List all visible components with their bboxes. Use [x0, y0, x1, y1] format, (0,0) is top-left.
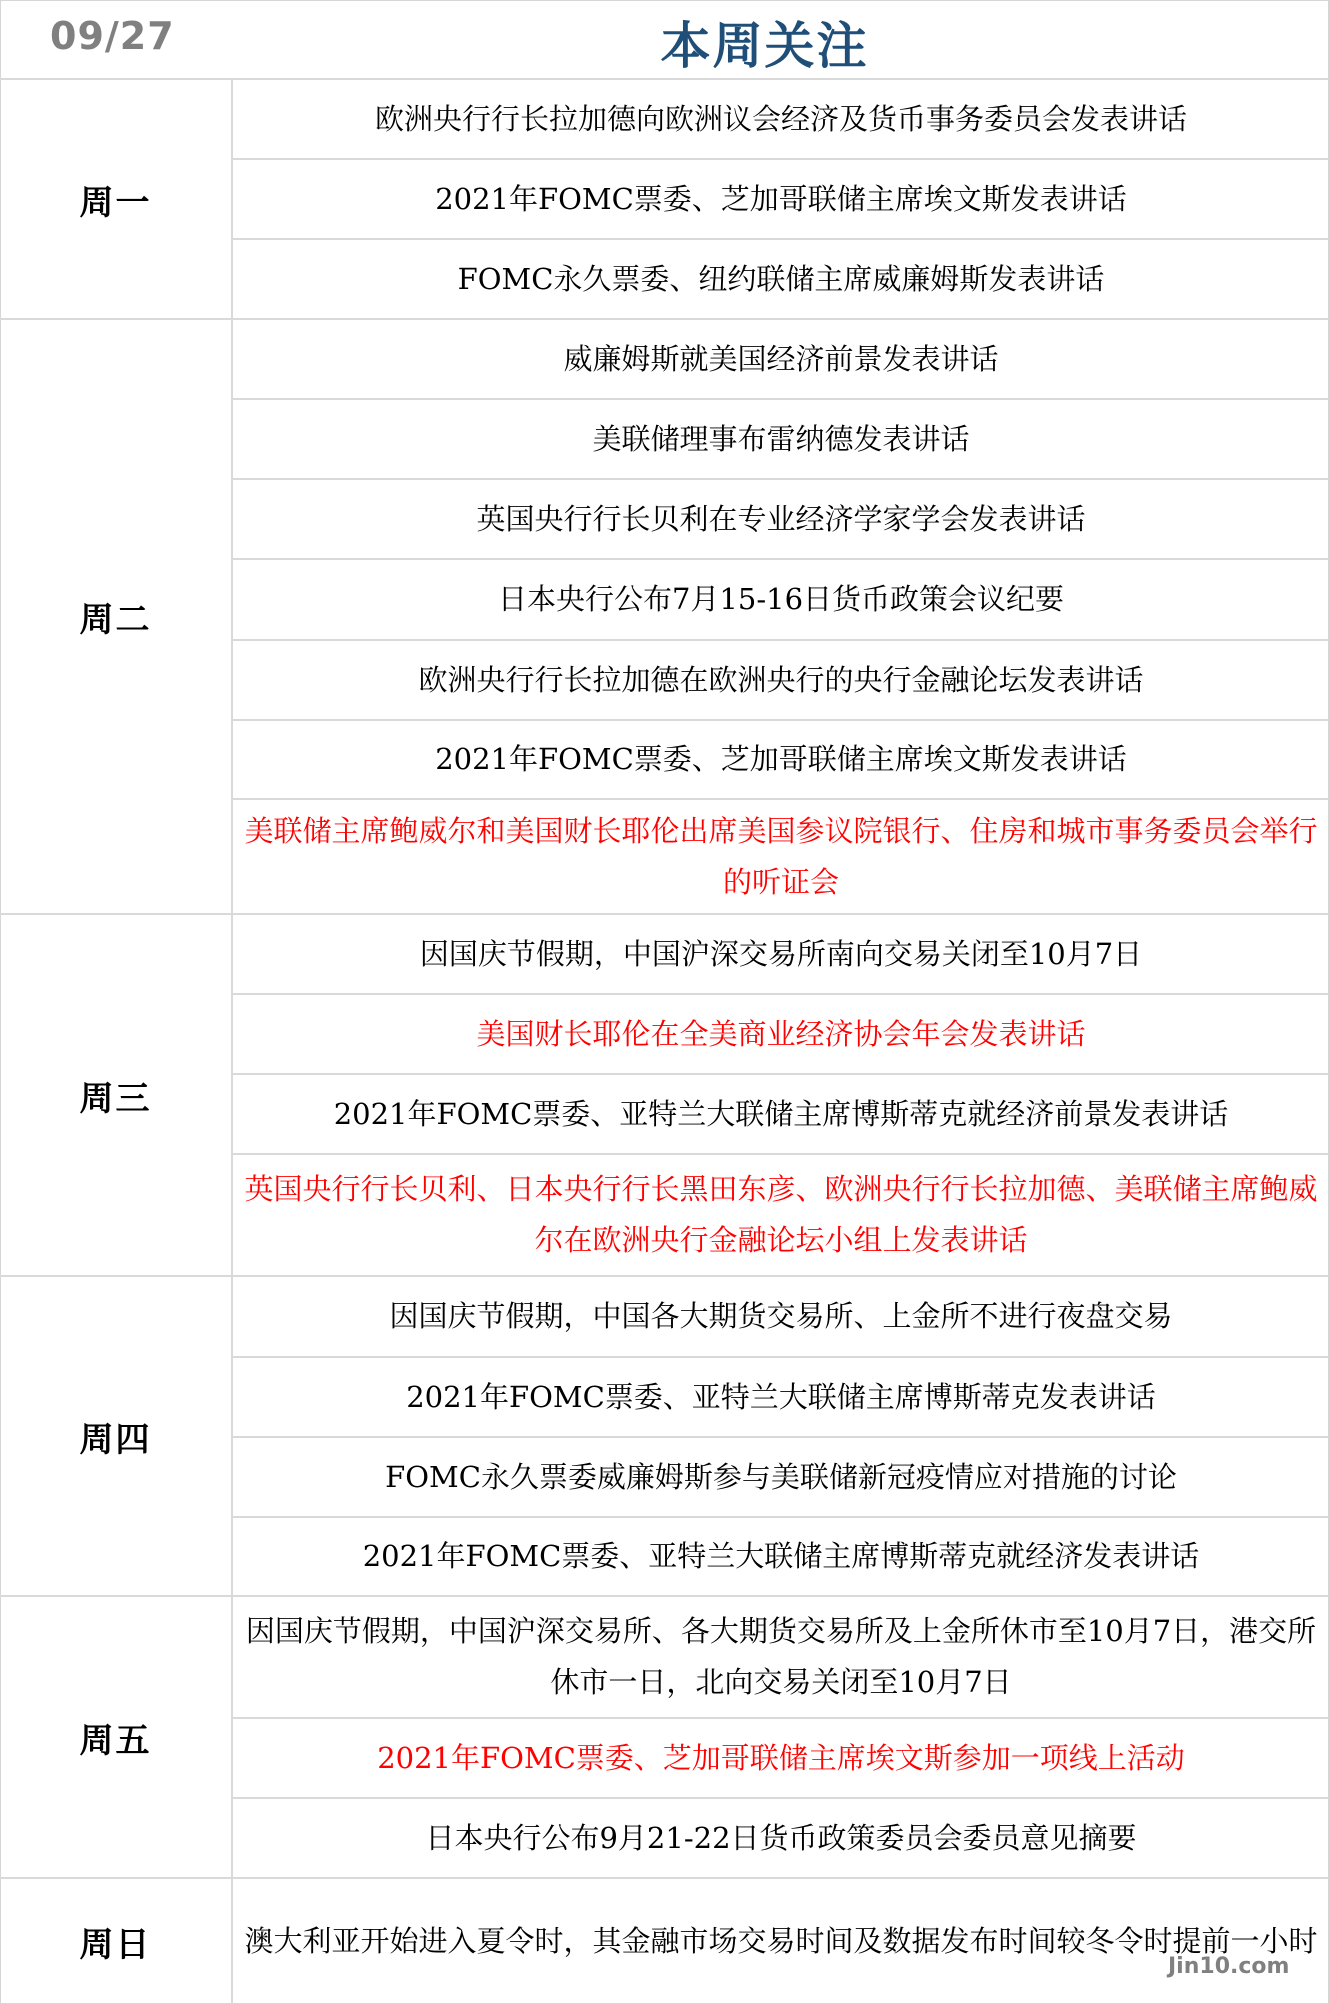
event-row: 2021年FOMC票委、芝加哥联储主席埃文斯发表讲话 [233, 160, 1329, 240]
event-text: 澳大利亚开始进入夏令时，其金融市场交易时间及数据发布时间较冬令时提前一小时 [244, 1916, 1317, 1967]
event-row-highlight: 2021年FOMC票委、芝加哥联储主席埃文斯参加一项线上活动 [233, 1719, 1329, 1799]
event-text-highlight: 美联储主席鲍威尔和美国财长耶伦出席美国参议院银行、住房和城市事务委员会举行的听证… [239, 806, 1323, 908]
event-text: 欧洲央行行长拉加德在欧洲央行的央行金融论坛发表讲话 [418, 655, 1143, 706]
event-row: 2021年FOMC票委、亚特兰大联储主席博斯蒂克就经济前景发表讲话 [233, 1075, 1329, 1155]
day-label: 周一 [80, 175, 152, 224]
event-text: 因国庆节假期，中国沪深交易所、各大期货交易所及上金所休市至10月7日，港交所休市… [239, 1606, 1323, 1708]
event-text: 2021年FOMC票委、亚特兰大联储主席博斯蒂克就经济前景发表讲话 [334, 1089, 1229, 1140]
event-text: 因国庆节假期，中国各大期货交易所、上金所不进行夜盘交易 [389, 1291, 1172, 1342]
event-row-highlight: 英国央行行长贝利、日本央行行长黑田东彦、欧洲央行行长拉加德、美联储主席鲍威尔在欧… [233, 1155, 1329, 1277]
day-cell-monday: 周一 [0, 80, 233, 320]
event-text-highlight: 英国央行行长贝利、日本央行行长黑田东彦、欧洲央行行长拉加德、美联储主席鲍威尔在欧… [239, 1164, 1323, 1266]
event-text-highlight: 美国财长耶伦在全美商业经济协会年会发表讲话 [476, 1009, 1085, 1060]
day-label: 周五 [80, 1713, 152, 1762]
event-row: 因国庆节假期，中国沪深交易所、各大期货交易所及上金所休市至10月7日，港交所休市… [233, 1597, 1329, 1719]
event-row: 因国庆节假期，中国各大期货交易所、上金所不进行夜盘交易 [233, 1277, 1329, 1358]
event-text: 2021年FOMC票委、芝加哥联储主席埃文斯发表讲话 [435, 734, 1127, 785]
event-text: 2021年FOMC票委、亚特兰大联储主席博斯蒂克就经济发表讲话 [363, 1531, 1200, 1582]
event-text: FOMC永久票委、纽约联储主席威廉姆斯发表讲话 [458, 254, 1105, 305]
event-text: FOMC永久票委威廉姆斯参与美联储新冠疫情应对措施的讨论 [385, 1452, 1177, 1503]
event-text: 英国央行行长贝利在专业经济学家学会发表讲话 [476, 494, 1085, 545]
event-text: 2021年FOMC票委、芝加哥联储主席埃文斯发表讲话 [435, 174, 1127, 225]
event-row: 美联储理事布雷纳德发表讲话 [233, 400, 1329, 480]
day-label: 周二 [80, 592, 152, 641]
event-text-highlight: 2021年FOMC票委、芝加哥联储主席埃文斯参加一项线上活动 [377, 1733, 1185, 1784]
event-text: 美联储理事布雷纳德发表讲话 [592, 414, 969, 465]
event-row: 欧洲央行行长拉加德向欧洲议会经济及货币事务委员会发表讲话 [233, 80, 1329, 160]
day-label: 周日 [80, 1917, 152, 1966]
event-row: 2021年FOMC票委、芝加哥联储主席埃文斯发表讲话 [233, 721, 1329, 800]
event-row-highlight: 美国财长耶伦在全美商业经济协会年会发表讲话 [233, 995, 1329, 1075]
event-text: 日本央行公布9月21-22日货币政策委员会委员意见摘要 [425, 1813, 1136, 1864]
event-text: 威廉姆斯就美国经济前景发表讲话 [563, 334, 998, 385]
watermark-logo: Jin10.com [1168, 1954, 1289, 1979]
event-row: 日本央行公布9月21-22日货币政策委员会委员意见摘要 [233, 1799, 1329, 1879]
event-row: 日本央行公布7月15-16日货币政策会议纪要 [233, 560, 1329, 641]
event-row: 因国庆节假期，中国沪深交易所南向交易关闭至10月7日 [233, 915, 1329, 995]
event-row-highlight: 美联储主席鲍威尔和美国财长耶伦出席美国参议院银行、住房和城市事务委员会举行的听证… [233, 800, 1329, 915]
event-text: 因国庆节假期，中国沪深交易所南向交易关闭至10月7日 [420, 929, 1142, 980]
event-text: 2021年FOMC票委、亚特兰大联储主席博斯蒂克发表讲话 [406, 1372, 1156, 1423]
day-label: 周四 [80, 1412, 152, 1461]
event-row: FOMC永久票委、纽约联储主席威廉姆斯发表讲话 [233, 240, 1329, 320]
day-cell-tuesday: 周二 [0, 320, 233, 915]
day-cell-sunday: 周日 [0, 1879, 233, 2004]
event-text: 日本央行公布7月15-16日货币政策会议纪要 [498, 574, 1064, 625]
day-label: 周三 [80, 1071, 152, 1120]
page-title: 本周关注 [0, 6, 1329, 78]
event-row: 英国央行行长贝利在专业经济学家学会发表讲话 [233, 480, 1329, 560]
event-row: 2021年FOMC票委、亚特兰大联储主席博斯蒂克发表讲话 [233, 1358, 1329, 1438]
event-row: 欧洲央行行长拉加德在欧洲央行的央行金融论坛发表讲话 [233, 641, 1329, 721]
event-row: 澳大利亚开始进入夏令时，其金融市场交易时间及数据发布时间较冬令时提前一小时 [233, 1879, 1329, 2004]
event-row: FOMC永久票委威廉姆斯参与美联储新冠疫情应对措施的讨论 [233, 1438, 1329, 1518]
event-row: 2021年FOMC票委、亚特兰大联储主席博斯蒂克就经济发表讲话 [233, 1518, 1329, 1597]
day-cell-wednesday: 周三 [0, 915, 233, 1277]
header: 09/27 本周关注 [0, 0, 1329, 80]
day-cell-friday: 周五 [0, 1597, 233, 1879]
event-text: 欧洲央行行长拉加德向欧洲议会经济及货币事务委员会发表讲话 [375, 94, 1187, 145]
event-row: 威廉姆斯就美国经济前景发表讲话 [233, 320, 1329, 400]
day-cell-thursday: 周四 [0, 1277, 233, 1597]
